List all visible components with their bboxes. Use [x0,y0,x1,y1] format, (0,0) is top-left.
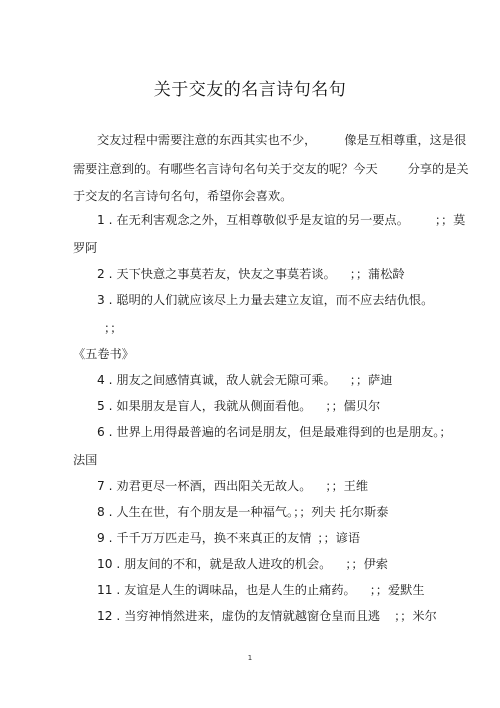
quote-continuation: 法国 [73,452,97,468]
quote-continuation: 罗阿 [73,240,97,256]
quote-item: 8 . 人生在世，有个朋友是一种福气。；；列夫 托尔斯泰 [97,504,388,520]
intro-line-2: 需要注意到的。有哪些名言诗句名句关于交友的呢？今天分享的是关 [73,161,469,177]
quote-item: 5 . 如果朋友是盲人，我就从侧面看他。；；儒贝尔 [97,398,380,414]
intro-text: 交友过程中需要注意的东西其实也不少， [97,133,316,147]
document-title: 关于交友的名言诗句名句 [0,75,500,100]
quote-item: 1 . 在无利害观念之外，互相尊敬似乎是友谊的另一要点。；；莫 [97,212,465,228]
intro-text: 分享的是关 [408,162,469,176]
quote-item: 10 . 朋友间的不和，就是敌人进攻的机会。；；伊索 [97,556,388,572]
document-page: 关于交友的名言诗句名句 交友过程中需要注意的东西其实也不少，像是互相尊重，这是很… [0,0,500,708]
intro-text: 像是互相尊重，这是很 [344,133,466,147]
quote-item: 11 . 友谊是人生的调味品，也是人生的止痛药。；；爱默生 [97,582,425,598]
quote-item: 3 . 聪明的人们就应该尽上力量去建立友谊，而不应去结仇恨。 [97,292,433,308]
quote-item: 4 . 朋友之间感情真诚，敌人就会无隙可乘。；；萨迪 [97,372,392,388]
quote-item: 2 . 天下快意之事莫若友，快友之事莫若谈。；；蒲松龄 [97,266,405,282]
quote-item: 7 . 劝君更尽一杯酒，西出阳关无故人。；；王维 [97,478,368,494]
quote-separator: ；； [104,320,122,336]
page-number: 1 [0,654,500,662]
intro-line-1: 交友过程中需要注意的东西其实也不少，像是互相尊重，这是很 [97,132,466,148]
quote-item: 6 . 世界上用得最普遍的名词是朋友，但是最难得到的也是朋友。； [97,424,452,440]
quote-continuation: 《五卷书》 [73,346,134,362]
intro-line-3: 于交友的名言诗句名句，希望你会喜欢。 [73,188,292,204]
intro-text: 需要注意到的。有哪些名言诗句名句关于交友的呢？今天 [73,162,378,176]
quote-item: 12 . 当穷神悄然进来，虚伪的友情就越窗仓皇而且逃；；米尔 [97,608,437,624]
quote-item: 9 . 千千万万匹走马，换不来真正的友情；；谚语 [97,530,360,546]
